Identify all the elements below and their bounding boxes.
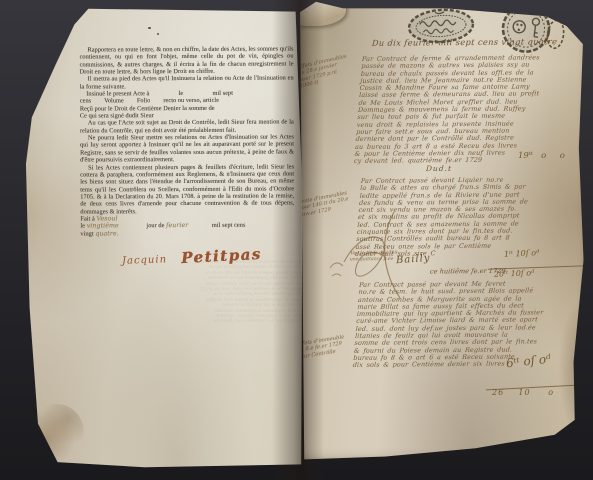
verso-show-through: Par Contract de ferme & arrandemment dan… (164, 260, 316, 322)
paragraph: Il mettra au pied des Actes qu'il Insinu… (80, 75, 294, 91)
margin-note: Effets d'immeuble du 8.e fe.er 1729 pour… (297, 332, 357, 361)
printed-le: le (80, 223, 85, 230)
margin-note: Effets d'immeubles du 28.e janvier pour … (297, 51, 359, 90)
register-entry: Par Contract de ferme & arrandemment dan… (354, 54, 569, 165)
handwritten-year-word: quatre. (95, 230, 119, 237)
printed-regulation-text: Rapportera en toute lettre, & non en chi… (80, 45, 295, 237)
dudit-subheading: Dud.t (426, 164, 453, 173)
torn-edge (296, 0, 346, 26)
signature-jacquin: Jacquin (122, 254, 167, 267)
paper-stain (30, 404, 84, 462)
right-page: Du dix feurier mil sept cens vingt quatr… (296, 0, 590, 464)
printed-mil-sept-cens: mil sept cens (212, 222, 246, 229)
paragraph: Ne pourra ledit Sieur mettre ses relatio… (80, 134, 294, 164)
ink-speck (157, 33, 159, 35)
entry-date-heading: Du dix feurier mil sept cens vingt quatr… (372, 36, 563, 48)
ink-speck (148, 27, 151, 29)
paper-stain (558, 300, 588, 440)
paraph-flourish-icon (322, 206, 434, 302)
duty-amount: 1ᵗᵗ 10ſ oᵈ (504, 248, 540, 259)
printed-jour-de: jour de (146, 222, 164, 229)
paragraph: Si les Actes contiennent plusieurs pages… (80, 163, 294, 216)
form-blank-line: Insinué le present Acte à le mil sept ce… (80, 90, 294, 106)
duty-amount: 20ᵗᵗ 10ſ oᵈ (494, 268, 535, 278)
archival-register-scan: Rapportera en toute lettre, & non en chi… (0, 0, 593, 480)
paragraph: Au cas que l'Acte soit sujet au Droit de… (80, 119, 294, 135)
fiscal-stamp-round-icon (489, 0, 569, 59)
duty-amount: 19ᵗᵗ o o (518, 151, 565, 161)
printed-fait-a: Fait à (80, 215, 95, 222)
closing-line: Fait à Vesoul le vingtiême jour de feuri… (80, 214, 294, 237)
ink-smudge (416, 452, 496, 474)
page-total: 26 10 o (492, 388, 554, 397)
handwritten-place: Vesoul (96, 215, 117, 222)
carried-amount: 6ᵗᵗ · · (514, 445, 553, 455)
handwritten-month: feurier (166, 222, 188, 229)
printed-vingt: vingt (80, 230, 93, 237)
left-page: Rapportera en toute lettre, & non en chi… (24, 6, 304, 470)
paragraph: Rapportera en toute lettre, & non en chi… (80, 45, 294, 75)
handwritten-day: vingtiême (87, 223, 119, 230)
